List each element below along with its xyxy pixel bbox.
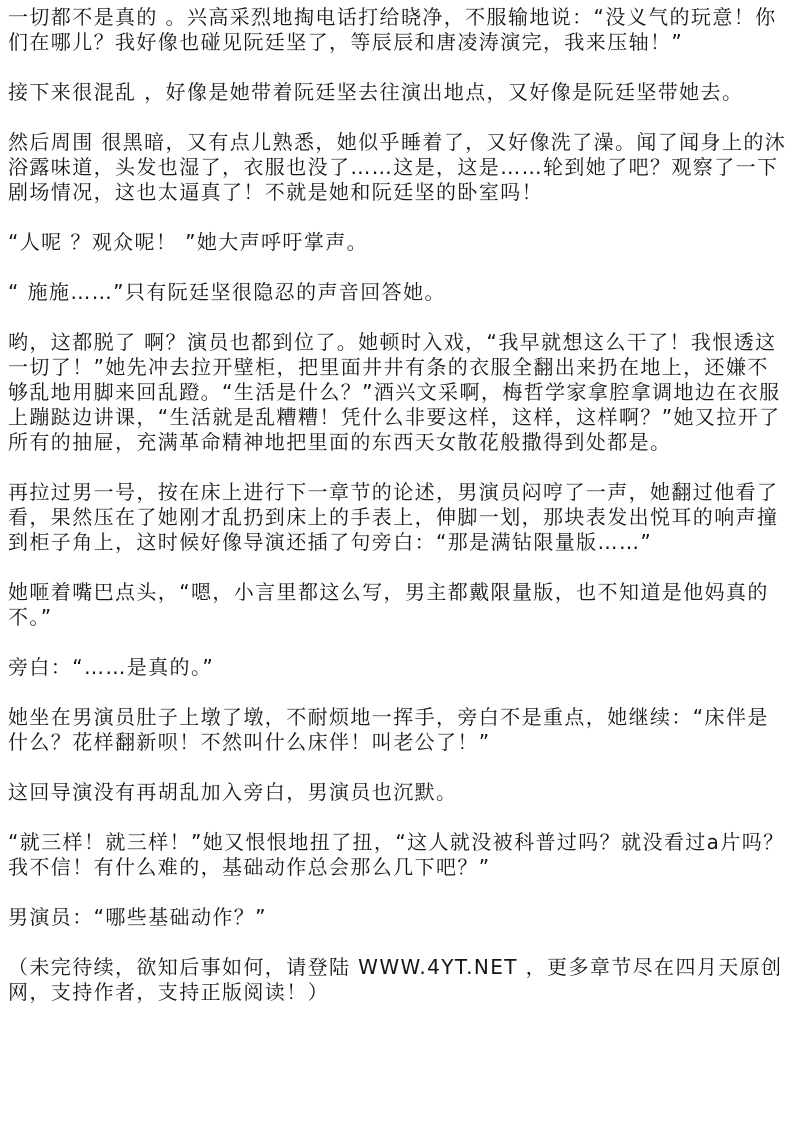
paragraph-dialogue: “就三样！就三样！”她又恨恨地扭了扭，“这人就没被科普过吗？就没看过a片吗？我不… (8, 830, 790, 880)
paragraph: 这回导演没有再胡乱加入旁白，男演员也沉默。 (8, 780, 790, 805)
paragraph-dialogue: “人呢 ？观众呢！ ”她大声呼吁掌声。 (8, 230, 790, 255)
paragraph: 她坐在男演员肚子上墩了墩，不耐烦地一挥手，旁白不是重点，她继续：“床伴是什么？花… (8, 705, 790, 755)
footer-to-be-continued-note: （未完待续，欲知后事如何，请登陆 WWW.4YT.NET ，更多章节尽在四月天原… (8, 955, 790, 1005)
paragraph: 然后周围 很黑暗，又有点儿熟悉，她似乎睡着了，又好像洗了澡。闻了闻身上的沐浴露味… (8, 130, 790, 205)
paragraph-dialogue: 旁白：“……是真的。” (8, 655, 790, 680)
paragraph-dialogue: 男演员：“哪些基础动作？” (8, 905, 790, 930)
paragraph: 一切都不是真的 。兴高采烈地掏电话打给晓净，不服输地说：“没义气的玩意！你们在哪… (8, 5, 790, 55)
paragraph: 她咂着嘴巴点头，“嗯，小言里都这么写，男主都戴限量版，也不知道是他妈真的不。” (8, 580, 790, 630)
paragraph: 接下来很混乱 ，好像是她带着阮廷坚去往演出地点，又好像是阮廷坚带她去。 (8, 80, 790, 105)
novel-text-page: 一切都不是真的 。兴高采烈地掏电话打给晓净，不服输地说：“没义气的玩意！你们在哪… (0, 0, 800, 1142)
paragraph-dialogue: “ 施施……”只有阮廷坚很隐忍的声音回答她。 (8, 280, 790, 305)
paragraph: 再拉过男一号，按在床上进行下一章节的论述，男演员闷哼了一声，她翻过他看了看，果然… (8, 480, 790, 555)
paragraph: 哟，这都脱了 啊？演员也都到位了。她顿时入戏，“我早就想这么干了！我恨透这一切了… (8, 330, 790, 455)
